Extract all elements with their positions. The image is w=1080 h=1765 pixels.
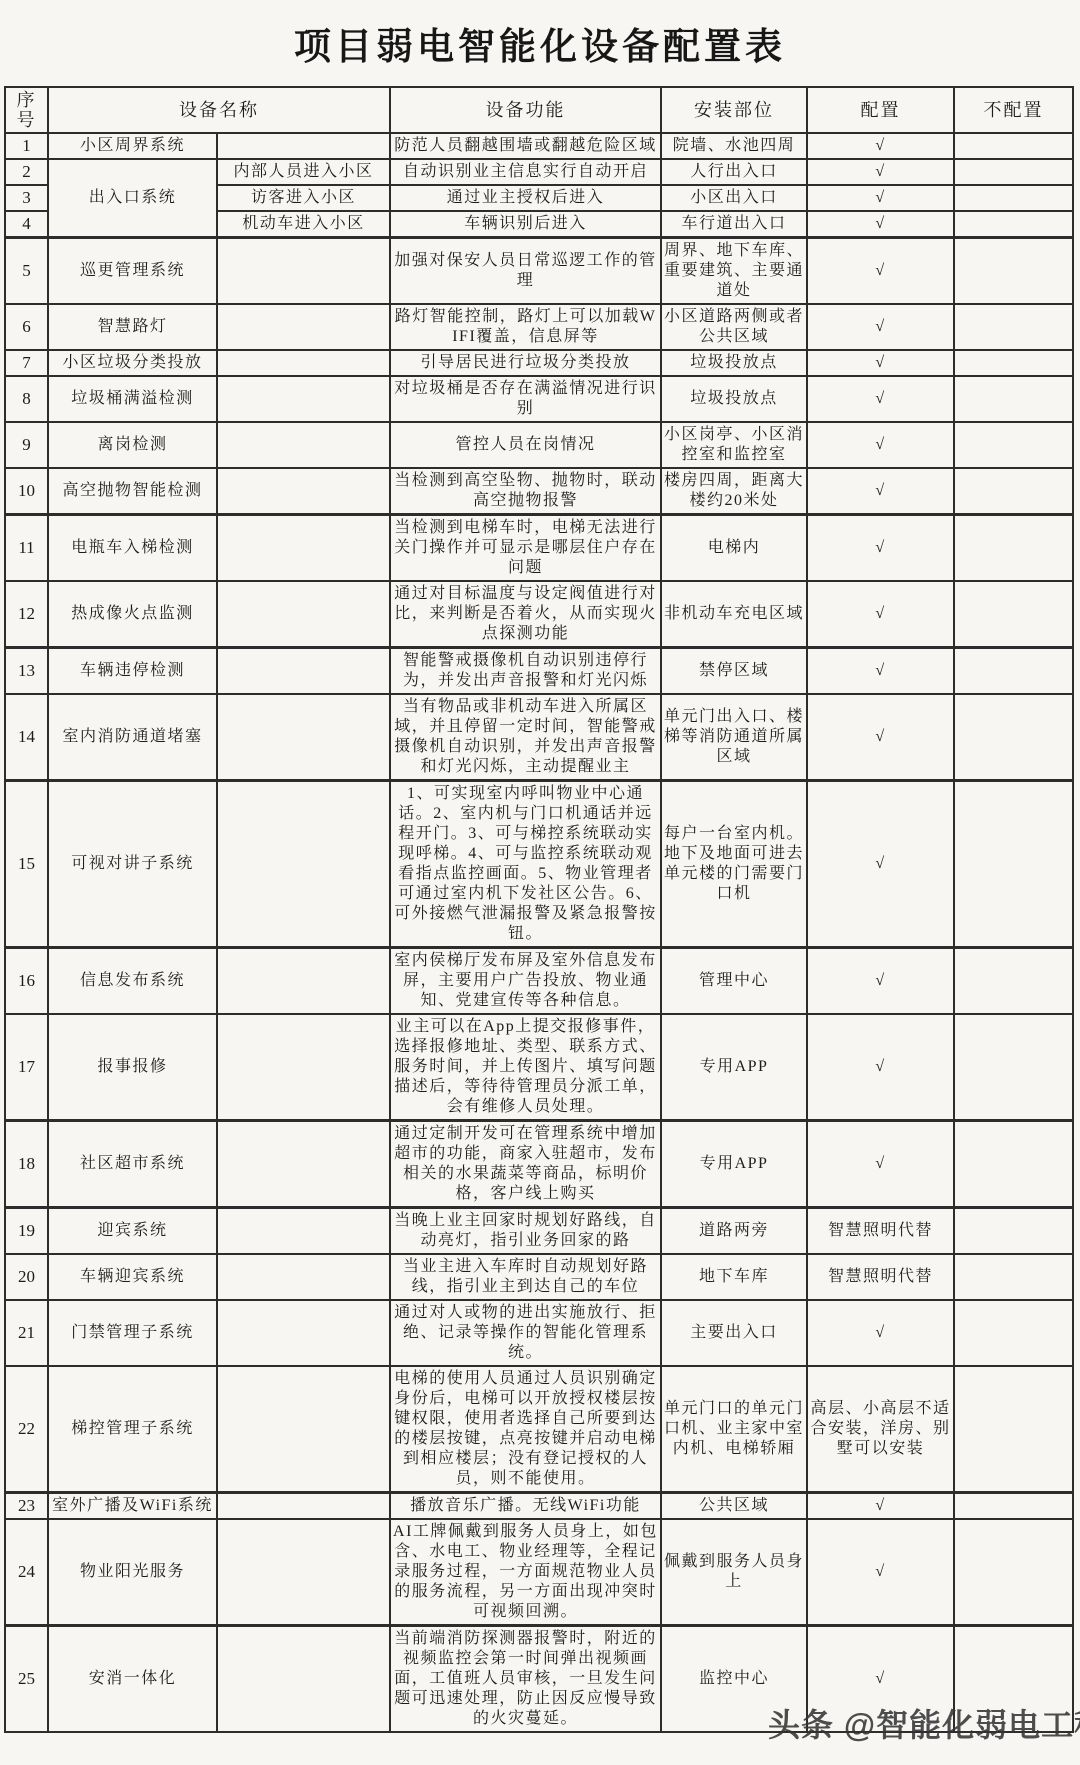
row-index-cell: 25 xyxy=(5,1626,48,1733)
table-row: 6智慧路灯路灯智能控制，路灯上可以加载WIFI覆盖，信息屏等小区道路两侧或者公共… xyxy=(5,304,1073,350)
configure-cell: √ xyxy=(807,133,954,159)
row-index-cell: 17 xyxy=(5,1014,48,1121)
install-location-cell: 管理中心 xyxy=(661,948,807,1015)
col-header-device-function: 设备功能 xyxy=(390,87,661,133)
configure-cell: √ xyxy=(807,304,954,350)
row-index-cell: 16 xyxy=(5,948,48,1015)
configure-cell: √ xyxy=(807,1493,954,1520)
configure-cell: 高层、小高层不适合安装，洋房、别墅可以安装 xyxy=(807,1366,954,1493)
not-configure-cell xyxy=(954,1254,1073,1300)
table-row: 16信息发布系统室内侯梯厅发布屏及室外信息发布屏，主要用户广告投放、物业通知、党… xyxy=(5,948,1073,1015)
device-name-cell: 物业阳光服务 xyxy=(48,1519,217,1626)
install-location-cell: 垃圾投放点 xyxy=(661,376,807,422)
device-function-cell: 当有物品或非机动车进入所属区域，并且停留一定时间，智能警戒摄像机自动识别，并发出… xyxy=(390,694,661,781)
row-index-cell: 4 xyxy=(5,211,48,238)
device-subname-cell xyxy=(217,1519,390,1626)
row-index-cell: 2 xyxy=(5,159,48,185)
install-location-cell: 佩戴到服务人员身上 xyxy=(661,1519,807,1626)
device-name-cell: 垃圾桶满溢检测 xyxy=(48,376,217,422)
table-row: 10高空抛物智能检测当检测到高空坠物、抛物时，联动高空抛物报警楼房四周，距离大楼… xyxy=(5,468,1073,515)
not-configure-cell xyxy=(954,781,1073,948)
install-location-cell: 单元门口的单元门口机、业主家中室内机、电梯轿厢 xyxy=(661,1366,807,1493)
row-index-cell: 1 xyxy=(5,133,48,159)
not-configure-cell xyxy=(954,211,1073,238)
row-index-cell: 8 xyxy=(5,376,48,422)
table-row: 1小区周界系统防范人员翻越围墙或翻越危险区域院墙、水池四周√ xyxy=(5,133,1073,159)
row-index-cell: 21 xyxy=(5,1300,48,1366)
install-location-cell: 专用APP xyxy=(661,1121,807,1208)
table-row: 7小区垃圾分类投放引导居民进行垃圾分类投放垃圾投放点√ xyxy=(5,350,1073,376)
device-name-cell: 小区周界系统 xyxy=(48,133,217,159)
device-subname-cell xyxy=(217,781,390,948)
device-name-cell: 安消一体化 xyxy=(48,1626,217,1733)
device-subname-cell xyxy=(217,304,390,350)
device-name-cell: 室外广播及WiFi系统 xyxy=(48,1493,217,1520)
device-function-cell: 通过对目标温度与设定阀值进行对比，来判断是否着火，从而实现火点探测功能 xyxy=(390,581,661,648)
not-configure-cell xyxy=(954,422,1073,468)
header-row: 序号 设备名称 设备功能 安装部位 配置 不配置 xyxy=(5,87,1073,133)
table-row: 8垃圾桶满溢检测对垃圾桶是否存在满溢情况进行识别垃圾投放点√ xyxy=(5,376,1073,422)
device-name-cell: 高空抛物智能检测 xyxy=(48,468,217,515)
device-name-cell: 信息发布系统 xyxy=(48,948,217,1015)
equipment-config-table: 序号 设备名称 设备功能 安装部位 配置 不配置 1小区周界系统防范人员翻越围墙… xyxy=(4,86,1074,1733)
device-subname-cell xyxy=(217,648,390,695)
device-subname-cell xyxy=(217,1626,390,1733)
configure-cell: √ xyxy=(807,159,954,185)
device-function-cell: 电梯的使用人员通过人员识别确定身份后，电梯可以开放授权楼层按键权限，使用者选择自… xyxy=(390,1366,661,1493)
install-location-cell: 周界、地下车库、重要建筑、主要通道处 xyxy=(661,238,807,305)
device-subname-cell: 机动车进入小区 xyxy=(217,211,390,238)
device-subname-cell xyxy=(217,350,390,376)
device-subname-cell xyxy=(217,1493,390,1520)
table-row: 9离岗检测管控人员在岗情况小区岗亭、小区消控室和监控室√ xyxy=(5,422,1073,468)
device-subname-cell xyxy=(217,376,390,422)
device-name-cell: 小区垃圾分类投放 xyxy=(48,350,217,376)
device-name-cell: 报事报修 xyxy=(48,1014,217,1121)
row-index-cell: 18 xyxy=(5,1121,48,1208)
row-index-cell: 19 xyxy=(5,1208,48,1255)
not-configure-cell xyxy=(954,376,1073,422)
install-location-cell: 单元门出入口、楼梯等消防通道所属区域 xyxy=(661,694,807,781)
device-function-cell: AI工牌佩戴到服务人员身上，如包含、水电工、物业经理等，全程记录服务过程，一方面… xyxy=(390,1519,661,1626)
device-subname-cell xyxy=(217,238,390,305)
device-name-cell: 离岗检测 xyxy=(48,422,217,468)
table-row: 22梯控管理子系统电梯的使用人员通过人员识别确定身份后，电梯可以开放授权楼层按键… xyxy=(5,1366,1073,1493)
not-configure-cell xyxy=(954,948,1073,1015)
device-name-cell: 巡更管理系统 xyxy=(48,238,217,305)
row-index-cell: 20 xyxy=(5,1254,48,1300)
not-configure-cell xyxy=(954,1300,1073,1366)
device-subname-cell xyxy=(217,422,390,468)
not-configure-cell xyxy=(954,185,1073,211)
device-function-cell: 1、可实现室内呼叫物业中心通话。2、室内机与门口机通话并远程开门。3、可与梯控系… xyxy=(390,781,661,948)
device-function-cell: 室内侯梯厅发布屏及室外信息发布屏，主要用户广告投放、物业通知、党建宣传等各种信息… xyxy=(390,948,661,1015)
device-name-cell: 可视对讲子系统 xyxy=(48,781,217,948)
install-location-cell: 小区岗亭、小区消控室和监控室 xyxy=(661,422,807,468)
table-row: 13车辆违停检测智能警戒摄像机自动识别违停行为，并发出声音报警和灯光闪烁禁停区域… xyxy=(5,648,1073,695)
device-name-cell: 热成像火点监测 xyxy=(48,581,217,648)
not-configure-cell xyxy=(954,694,1073,781)
device-function-cell: 当检测到高空坠物、抛物时，联动高空抛物报警 xyxy=(390,468,661,515)
device-function-cell: 当业主进入车库时自动规划好路线，指引业主到达自己的车位 xyxy=(390,1254,661,1300)
device-function-cell: 对垃圾桶是否存在满溢情况进行识别 xyxy=(390,376,661,422)
col-header-configure: 配置 xyxy=(807,87,954,133)
not-configure-cell xyxy=(954,1014,1073,1121)
not-configure-cell xyxy=(954,1208,1073,1255)
configure-cell: 智慧照明代替 xyxy=(807,1208,954,1255)
not-configure-cell xyxy=(954,304,1073,350)
device-function-cell: 车辆识别后进入 xyxy=(390,211,661,238)
install-location-cell: 院墙、水池四周 xyxy=(661,133,807,159)
page-title: 项目弱电智能化设备配置表 xyxy=(294,16,786,70)
configure-cell: √ xyxy=(807,468,954,515)
device-name-cell: 社区超市系统 xyxy=(48,1121,217,1208)
row-index-cell: 23 xyxy=(5,1493,48,1520)
install-location-cell: 非机动车充电区域 xyxy=(661,581,807,648)
configure-cell: √ xyxy=(807,581,954,648)
not-configure-cell xyxy=(954,1626,1073,1733)
not-configure-cell xyxy=(954,1493,1073,1520)
row-index-cell: 11 xyxy=(5,515,48,582)
install-location-cell: 车行道出入口 xyxy=(661,211,807,238)
row-index-cell: 24 xyxy=(5,1519,48,1626)
configure-cell: 智慧照明代替 xyxy=(807,1254,954,1300)
device-subname-cell xyxy=(217,468,390,515)
install-location-cell: 小区出入口 xyxy=(661,185,807,211)
table-row: 25安消一体化当前端消防探测器报警时，附近的视频监控会第一时间弹出视频画面，工值… xyxy=(5,1626,1073,1733)
col-header-not-configure: 不配置 xyxy=(954,87,1073,133)
table-row: 12热成像火点监测通过对目标温度与设定阀值进行对比，来判断是否着火，从而实现火点… xyxy=(5,581,1073,648)
table-row: 15可视对讲子系统1、可实现室内呼叫物业中心通话。2、室内机与门口机通话并远程开… xyxy=(5,781,1073,948)
configure-cell: √ xyxy=(807,694,954,781)
device-function-cell: 通过对人或物的进出实施放行、拒绝、记录等操作的智能化管理系统。 xyxy=(390,1300,661,1366)
device-subname-cell xyxy=(217,1300,390,1366)
not-configure-cell xyxy=(954,515,1073,582)
table-row: 24物业阳光服务AI工牌佩戴到服务人员身上，如包含、水电工、物业经理等，全程记录… xyxy=(5,1519,1073,1626)
device-subname-cell xyxy=(217,1121,390,1208)
device-name-cell: 电瓶车入梯检测 xyxy=(48,515,217,582)
configure-cell: √ xyxy=(807,238,954,305)
not-configure-cell xyxy=(954,350,1073,376)
col-header-index: 序号 xyxy=(5,87,48,133)
device-subname-cell xyxy=(217,1208,390,1255)
configure-cell: √ xyxy=(807,350,954,376)
install-location-cell: 楼房四周，距离大楼约20米处 xyxy=(661,468,807,515)
table-row: 2出入口系统内部人员进入小区自动识别业主信息实行自动开启人行出入口√ xyxy=(5,159,1073,185)
configure-cell: √ xyxy=(807,1121,954,1208)
row-index-cell: 5 xyxy=(5,238,48,305)
configure-cell: √ xyxy=(807,1519,954,1626)
device-function-cell: 引导居民进行垃圾分类投放 xyxy=(390,350,661,376)
table-row: 21门禁管理子系统通过对人或物的进出实施放行、拒绝、记录等操作的智能化管理系统。… xyxy=(5,1300,1073,1366)
row-index-cell: 7 xyxy=(5,350,48,376)
configure-cell: √ xyxy=(807,515,954,582)
device-name-cell: 车辆迎宾系统 xyxy=(48,1254,217,1300)
device-subname-cell xyxy=(217,133,390,159)
row-index-cell: 22 xyxy=(5,1366,48,1493)
device-subname-cell xyxy=(217,948,390,1015)
device-function-cell: 业主可以在App上提交报修事件，选择报修地址、类型、联系方式、服务时间，并上传图… xyxy=(390,1014,661,1121)
table-row: 19迎宾系统当晚上业主回家时规划好路线，自动亮灯，指引业务回家的路道路两旁智慧照… xyxy=(5,1208,1073,1255)
title-bar: 项目弱电智能化设备配置表 xyxy=(0,0,1080,86)
install-location-cell: 人行出入口 xyxy=(661,159,807,185)
table-row: 18社区超市系统通过定制开发可在管理系统中增加超市的功能，商家入驻超市，发布相关… xyxy=(5,1121,1073,1208)
table-row: 5巡更管理系统加强对保安人员日常巡逻工作的管理周界、地下车库、重要建筑、主要通道… xyxy=(5,238,1073,305)
row-index-cell: 15 xyxy=(5,781,48,948)
device-name-cell: 车辆违停检测 xyxy=(48,648,217,695)
install-location-cell: 每户一台室内机。地下及地面可进去单元楼的门需要门口机 xyxy=(661,781,807,948)
row-index-cell: 13 xyxy=(5,648,48,695)
device-function-cell: 防范人员翻越围墙或翻越危险区域 xyxy=(390,133,661,159)
device-subname-cell xyxy=(217,694,390,781)
device-subname-cell xyxy=(217,515,390,582)
install-location-cell: 公共区域 xyxy=(661,1493,807,1520)
device-function-cell: 管控人员在岗情况 xyxy=(390,422,661,468)
device-function-cell: 播放音乐广播。无线WiFi功能 xyxy=(390,1493,661,1520)
configure-cell: √ xyxy=(807,948,954,1015)
device-function-cell: 通过业主授权后进入 xyxy=(390,185,661,211)
install-location-cell: 垃圾投放点 xyxy=(661,350,807,376)
configure-cell: √ xyxy=(807,376,954,422)
configure-cell: √ xyxy=(807,648,954,695)
table-row: 23室外广播及WiFi系统播放音乐广播。无线WiFi功能公共区域√ xyxy=(5,1493,1073,1520)
device-function-cell: 加强对保安人员日常巡逻工作的管理 xyxy=(390,238,661,305)
not-configure-cell xyxy=(954,1121,1073,1208)
table-row: 11电瓶车入梯检测当检测到电梯车时，电梯无法进行关门操作并可显示是哪层住户存在问… xyxy=(5,515,1073,582)
configure-cell: √ xyxy=(807,211,954,238)
configure-cell: √ xyxy=(807,422,954,468)
configure-cell: √ xyxy=(807,1626,954,1733)
install-location-cell: 主要出入口 xyxy=(661,1300,807,1366)
not-configure-cell xyxy=(954,581,1073,648)
device-name-cell: 出入口系统 xyxy=(48,159,217,238)
device-subname-cell: 访客进入小区 xyxy=(217,185,390,211)
install-location-cell: 电梯内 xyxy=(661,515,807,582)
device-name-cell: 门禁管理子系统 xyxy=(48,1300,217,1366)
table-row: 20车辆迎宾系统当业主进入车库时自动规划好路线，指引业主到达自己的车位地下车库智… xyxy=(5,1254,1073,1300)
device-function-cell: 当检测到电梯车时，电梯无法进行关门操作并可显示是哪层住户存在问题 xyxy=(390,515,661,582)
row-index-cell: 12 xyxy=(5,581,48,648)
configure-cell: √ xyxy=(807,185,954,211)
row-index-cell: 9 xyxy=(5,422,48,468)
table-row: 17报事报修业主可以在App上提交报修事件，选择报修地址、类型、联系方式、服务时… xyxy=(5,1014,1073,1121)
configure-cell: √ xyxy=(807,781,954,948)
device-function-cell: 自动识别业主信息实行自动开启 xyxy=(390,159,661,185)
row-index-cell: 10 xyxy=(5,468,48,515)
not-configure-cell xyxy=(954,133,1073,159)
device-function-cell: 通过定制开发可在管理系统中增加超市的功能，商家入驻超市，发布相关的水果蔬菜等商品… xyxy=(390,1121,661,1208)
device-function-cell: 当前端消防探测器报警时，附近的视频监控会第一时间弹出视频画面，工值班人员审核，一… xyxy=(390,1626,661,1733)
not-configure-cell xyxy=(954,1519,1073,1626)
device-name-cell: 智慧路灯 xyxy=(48,304,217,350)
device-name-cell: 梯控管理子系统 xyxy=(48,1366,217,1493)
not-configure-cell xyxy=(954,238,1073,305)
col-header-install-location: 安装部位 xyxy=(661,87,807,133)
device-subname-cell xyxy=(217,581,390,648)
device-name-cell: 室内消防通道堵塞 xyxy=(48,694,217,781)
install-location-cell: 监控中心 xyxy=(661,1626,807,1733)
configure-cell: √ xyxy=(807,1014,954,1121)
not-configure-cell xyxy=(954,648,1073,695)
row-index-cell: 3 xyxy=(5,185,48,211)
row-index-cell: 6 xyxy=(5,304,48,350)
device-subname-cell xyxy=(217,1254,390,1300)
device-function-cell: 路灯智能控制，路灯上可以加载WIFI覆盖，信息屏等 xyxy=(390,304,661,350)
table-row: 14室内消防通道堵塞当有物品或非机动车进入所属区域，并且停留一定时间，智能警戒摄… xyxy=(5,694,1073,781)
not-configure-cell xyxy=(954,468,1073,515)
device-subname-cell: 内部人员进入小区 xyxy=(217,159,390,185)
row-index-cell: 14 xyxy=(5,694,48,781)
not-configure-cell xyxy=(954,159,1073,185)
configure-cell: √ xyxy=(807,1300,954,1366)
col-header-device-name: 设备名称 xyxy=(48,87,390,133)
install-location-cell: 禁停区域 xyxy=(661,648,807,695)
device-function-cell: 当晚上业主回家时规划好路线，自动亮灯，指引业务回家的路 xyxy=(390,1208,661,1255)
device-name-cell: 迎宾系统 xyxy=(48,1208,217,1255)
device-function-cell: 智能警戒摄像机自动识别违停行为，并发出声音报警和灯光闪烁 xyxy=(390,648,661,695)
device-subname-cell xyxy=(217,1366,390,1493)
install-location-cell: 道路两旁 xyxy=(661,1208,807,1255)
not-configure-cell xyxy=(954,1366,1073,1493)
install-location-cell: 小区道路两侧或者公共区域 xyxy=(661,304,807,350)
device-subname-cell xyxy=(217,1014,390,1121)
install-location-cell: 地下车库 xyxy=(661,1254,807,1300)
install-location-cell: 专用APP xyxy=(661,1014,807,1121)
